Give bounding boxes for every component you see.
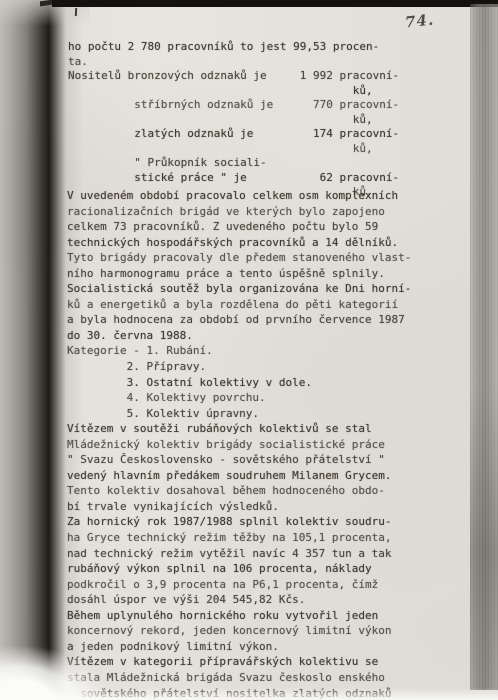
typed-line: a byla hodnocena za období od prvního če… — [67, 312, 411, 328]
typed-line: technických hospodářských pracovníků a 1… — [67, 235, 411, 251]
typed-line: Vítězem v soutěži rubáňových kolektivů s… — [67, 421, 411, 437]
typed-line: 2. Přípravy. — [67, 359, 411, 375]
typed-line: Kategorie - 1. Rubání. — [67, 343, 411, 359]
bottom-edge-fade — [0, 688, 498, 700]
typed-line: V uvedeném období pracovalo celkem osm k… — [67, 188, 411, 204]
typed-line: 4. Kolektivy povrchu. — [67, 390, 411, 406]
typed-line: ního harmonogramu práce a tento úspěšně … — [67, 266, 411, 282]
typed-line: stické práce " je 62 pracovní- — [68, 171, 399, 186]
typed-line: Socialistická soutěž byla organizována k… — [67, 281, 411, 297]
page-edge-shadow — [470, 4, 498, 690]
typed-line: nad technický režim vytěžil navíc 4 357 … — [67, 546, 411, 562]
typed-line: ho počtu 2 780 pracovníků to jest 99,53 … — [68, 40, 399, 55]
typed-line: ha Gryce technický režim těžby na 105,1 … — [67, 530, 411, 546]
typed-line: Tyto brigády pracovaly dle předem stanov… — [67, 250, 411, 266]
typed-line: celkem 73 pracovníků. Z uvedeného počtu … — [67, 219, 411, 235]
typed-line: " Svazu Československo - sovětského přát… — [67, 452, 411, 468]
typed-line: " Průkopník sociali- — [68, 156, 399, 171]
typed-line: rubáňový výkon splnil na 106 procenta, n… — [67, 561, 411, 577]
pen-tick-mark — [75, 8, 77, 16]
typed-line: ků a energetiků a byla rozdělena do pěti… — [67, 297, 411, 313]
typed-line: koncernový rekord, jeden koncernový limi… — [67, 623, 411, 639]
typed-line: stala Mládežnická brigáda Svazu českoslo… — [67, 670, 411, 686]
scanned-page: 74. ho počtu 2 780 pracovníků to jest 99… — [0, 0, 498, 700]
typed-line: ků, — [68, 113, 399, 128]
typed-line: zlatých odznaků je 174 pracovní- — [68, 127, 399, 142]
typed-line: do 30. června 1988. — [67, 328, 411, 344]
typed-line: dosáhl úspor ve výši 204 545,82 Kčs. — [67, 592, 411, 608]
typed-line: Vítězem v kategorii přípravářských kolek… — [67, 654, 411, 670]
typed-line: vedený hlavním předákem soudruhem Milane… — [67, 468, 411, 484]
typed-text-badge-section: ho počtu 2 780 pracovníků to jest 99,53 … — [68, 40, 399, 200]
typed-text-body: V uvedeném období pracovalo celkem osm k… — [67, 188, 411, 700]
typed-line: podkročil o 3,9 procenta na P6,1 procent… — [67, 577, 411, 593]
typed-line: Mládežnický kolektiv brigády socialistic… — [67, 437, 411, 453]
typed-line: a jeden podnikový limitní výkon. — [67, 639, 411, 655]
typed-line: Tento kolektiv dosahoval během hodnocené… — [67, 483, 411, 499]
typed-line: racionalizačních brigád ve kterých bylo … — [67, 204, 411, 220]
typed-line: Za hornický rok 1987/1988 splnil kolekti… — [67, 514, 411, 530]
typed-line: 3. Ostatní kolektivy v dole. — [67, 375, 411, 391]
typed-line: ta. — [68, 55, 399, 70]
typed-line: ků, — [68, 84, 399, 99]
handwritten-page-number: 74. — [404, 11, 435, 32]
typed-line: 5. Kolektiv úpravny. — [67, 406, 411, 422]
typed-line: ků, — [68, 142, 399, 157]
typed-line: Během uplynulého hornického roku vytvoři… — [67, 608, 411, 624]
typed-line: stříbrných odznaků je 770 pracovní- — [68, 98, 399, 113]
typed-line: Nositelů bronzových odznaků je 1 992 pra… — [68, 69, 399, 84]
typed-line: bí trvale vynikajících výsledků. — [67, 499, 411, 515]
scan-top-edge-bar — [52, 0, 498, 7]
